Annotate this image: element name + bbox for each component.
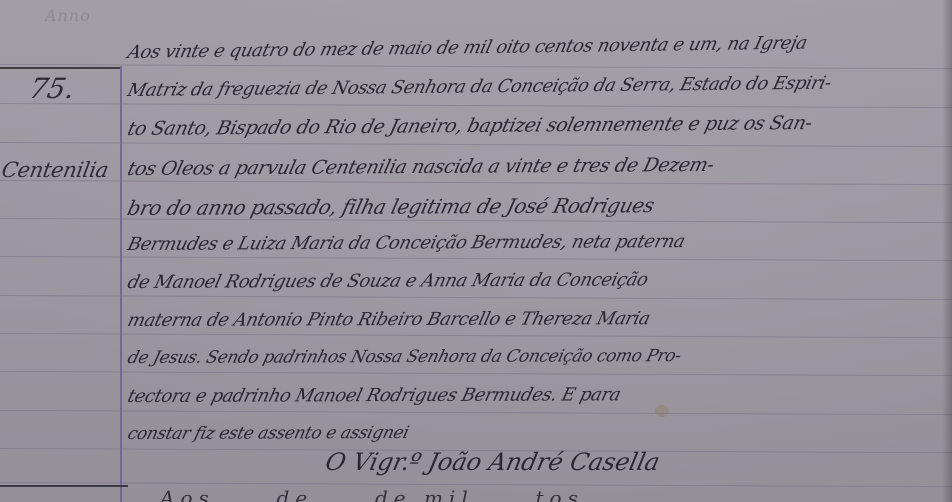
entry-line-9: de Jesus. Sendo padrinhos Nossa Senhora … xyxy=(126,346,684,368)
entry-line-4: tos Oleos a parvula Centenilia nascida a… xyxy=(125,154,716,180)
entry-line-6: Bermudes e Luiza Maria da Conceição Berm… xyxy=(125,231,687,255)
entry-line-2: Matriz da freguezia de Nossa Senhora da … xyxy=(125,73,833,101)
ruled-line xyxy=(0,295,952,300)
entry-number: 75. xyxy=(26,72,78,105)
entry-separator-bottom xyxy=(0,485,128,487)
ruled-line xyxy=(0,256,952,261)
ruled-line xyxy=(0,103,952,108)
priest-signature: O Vigr.º João André Casella xyxy=(323,448,662,476)
entry-line-1: Aos vinte e quatro do mez de maio de mil… xyxy=(126,33,810,63)
entry-margin-name: Centenilia xyxy=(0,158,110,182)
entry-line-7: de Manoel Rodrigues de Souza e Anna Mari… xyxy=(125,269,650,293)
entry-separator-top xyxy=(0,67,120,69)
entry-line-11: constar fiz este assento e assignei xyxy=(126,423,411,444)
ruled-line xyxy=(0,333,952,338)
ruled-line xyxy=(0,142,952,147)
faded-heading: Anno xyxy=(45,6,91,25)
entry-line-3: to Santo, Bispado do Rio de Janeiro, bap… xyxy=(125,112,814,140)
ruled-line xyxy=(0,410,952,415)
margin-rule xyxy=(120,66,122,502)
ruled-line xyxy=(0,180,952,185)
entry-line-8: materna de Antonio Pinto Ribeiro Barcell… xyxy=(125,308,652,331)
ruled-line xyxy=(0,64,952,69)
entry-line-5: bro do anno passado, filha legitima de J… xyxy=(125,193,657,220)
register-page: Anno 75. Centenilia Aos vinte e quatro d… xyxy=(0,0,952,502)
ruled-line xyxy=(0,371,952,376)
paper-stain xyxy=(655,405,669,417)
entry-line-10: tectora e padrinho Manoel Rodrigues Berm… xyxy=(125,384,622,407)
next-entry-fragment: Aos ... de ... de mil ... tos ... xyxy=(160,486,633,502)
